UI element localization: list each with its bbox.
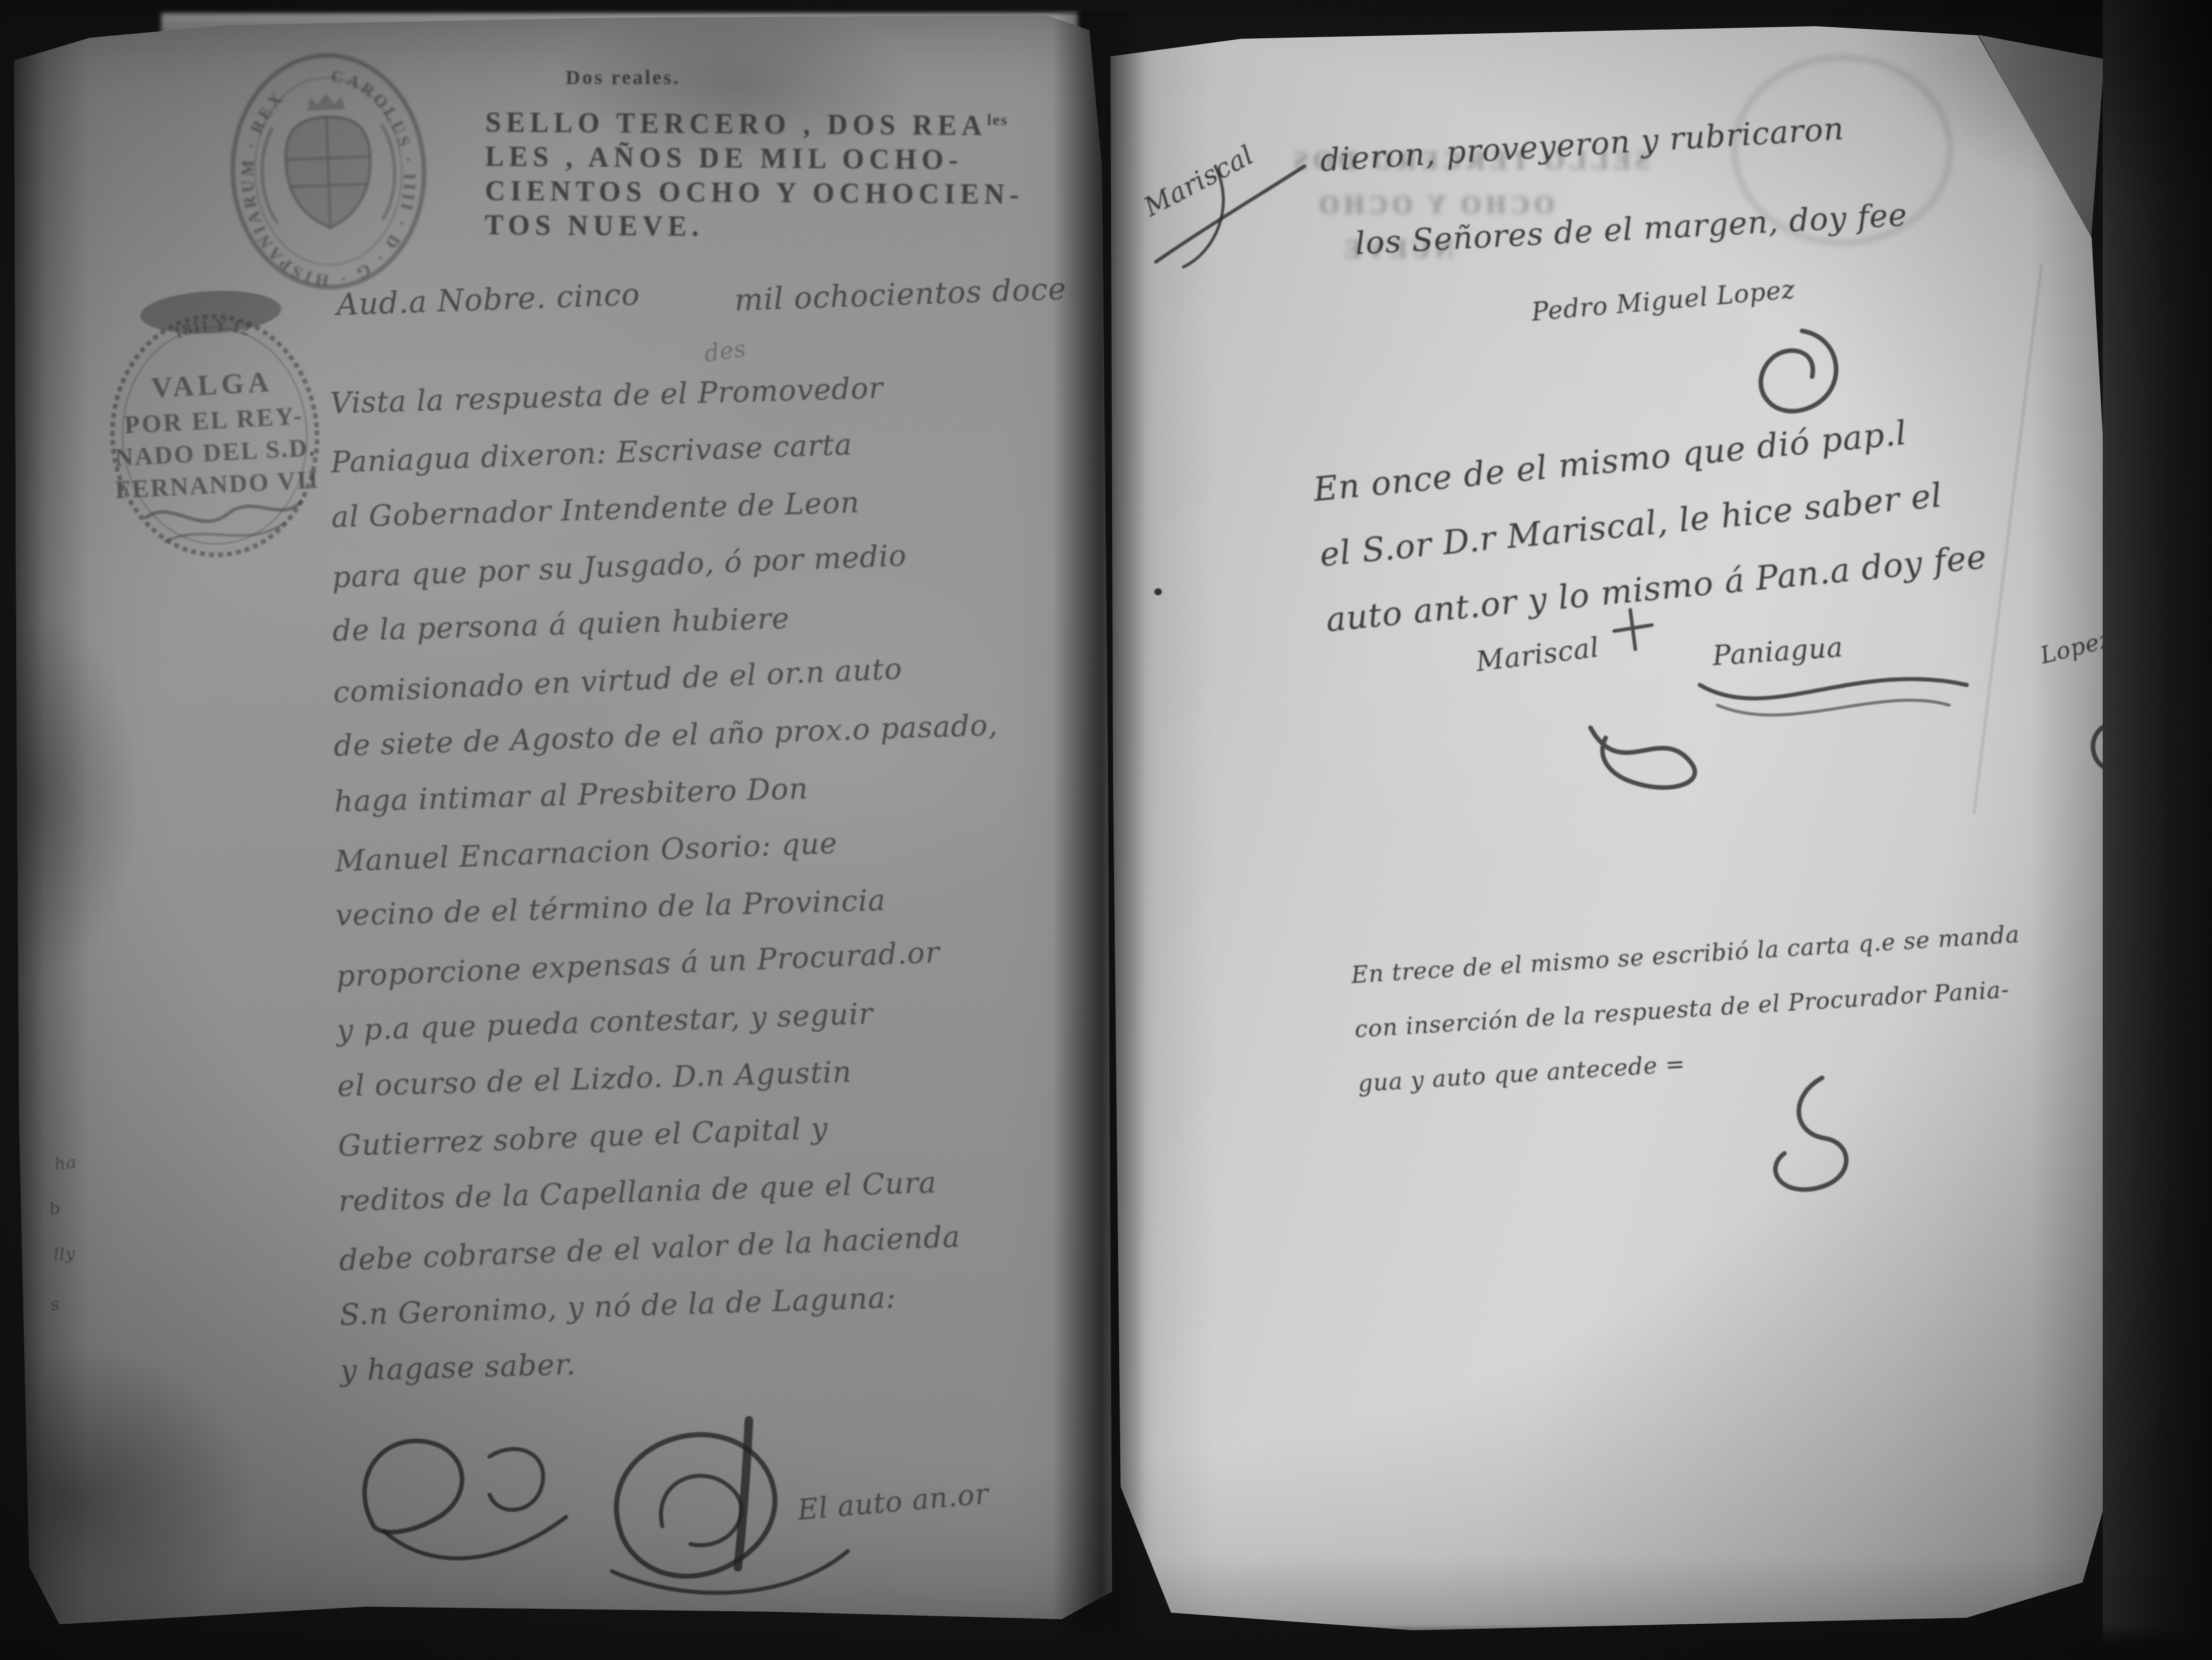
document-photo: CAROLUS · IIII · D · G · HISPANIARUM · R… — [0, 0, 2212, 1660]
grain-overlay — [0, 0, 2212, 1660]
